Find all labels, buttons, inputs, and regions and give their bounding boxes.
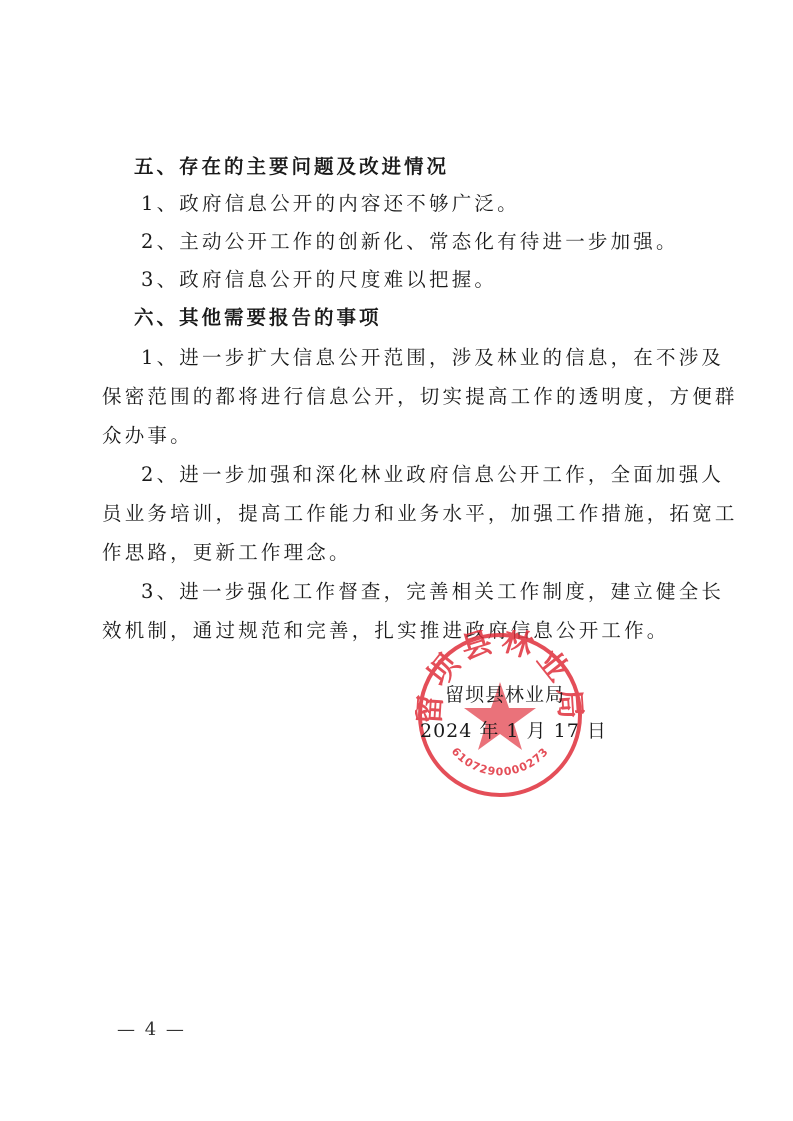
issue-item-1: 1、政府信息公开的内容还不够广泛。 xyxy=(141,188,520,216)
signature-org: 留坝县林业局 xyxy=(445,680,565,707)
paragraph-line: 众办事。 xyxy=(102,420,193,448)
svg-text:6107290000273: 6107290000273 xyxy=(449,745,552,778)
official-seal-icon: 留坝县林业局 6107290000273 xyxy=(415,630,585,800)
section-5-heading: 五、存在的主要问题及改进情况 xyxy=(134,151,449,179)
paragraph-line: 1、进一步扩大信息公开范围，涉及林业的信息，在不涉及 xyxy=(141,342,724,370)
paragraph-line: 保密范围的都将进行信息公开，切实提高工作的透明度，方便群 xyxy=(102,381,738,409)
paragraph-line: 作思路，更新工作理念。 xyxy=(102,537,352,565)
section-6-heading: 六、其他需要报告的事项 xyxy=(134,302,382,330)
paragraph-line: 员业务培训，提高工作能力和业务水平，加强工作措施，拓宽工 xyxy=(102,498,738,526)
paragraph-line: 3、进一步强化工作督查，完善相关工作制度，建立健全长 xyxy=(141,576,724,604)
page-number: — 4 — xyxy=(117,1019,186,1040)
issue-item-2: 2、主动公开工作的创新化、常态化有待进一步加强。 xyxy=(141,226,679,254)
paragraph-line: 2、进一步加强和深化林业政府信息公开工作，全面加强人 xyxy=(141,459,724,487)
issue-item-3: 3、政府信息公开的尺度难以把握。 xyxy=(141,264,497,292)
signature-date: 2024 年 1 月 17 日 xyxy=(420,716,607,743)
